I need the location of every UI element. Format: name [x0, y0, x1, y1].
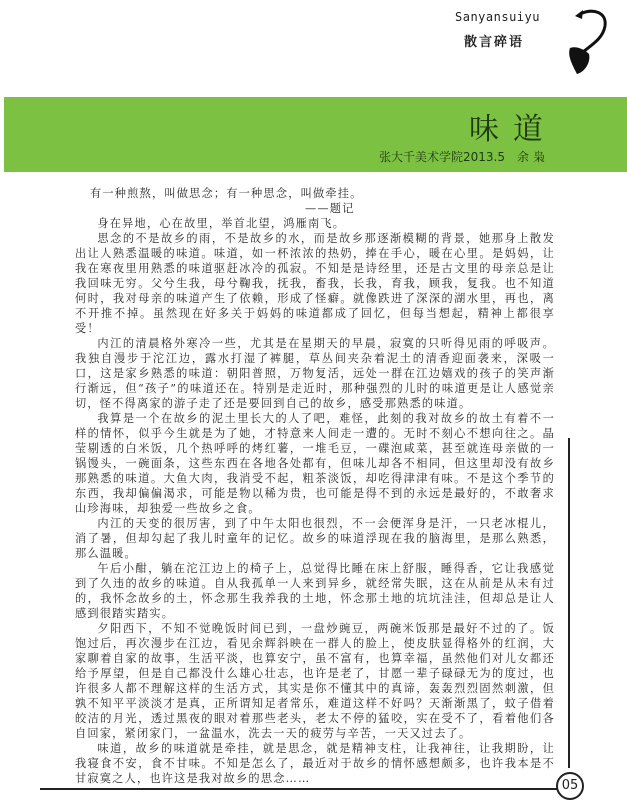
paragraph: 内江的天变的很厉害，到了中午太阳也很烈，不一会便浑身是汗，一只老冰棍儿，消了暑，…: [75, 516, 555, 561]
logo-chinese-text: 散言碎语: [464, 31, 524, 50]
epigraph-attribution: ——题记: [75, 201, 555, 216]
logo-english-text: Sanyansuiyu: [455, 10, 540, 24]
paragraph: 我算是一个在故乡的泥土里长大的人了吧，难怪，此刻的我对故乡的故土有着不一样的情怀…: [75, 411, 555, 516]
byline-organization-date: 张大千美术学院2013.5: [379, 150, 505, 164]
byline-author: 余枭: [517, 150, 549, 164]
scorpion-tail-icon: [565, 6, 620, 76]
magazine-logo: Sanyansuiyu 散言碎语: [440, 6, 620, 76]
paragraph: 内江的清晨格外寒冷一些，尤其是在星期天的早晨，寂寞的只听得见雨的呼吸声。我独自漫…: [75, 336, 555, 411]
paragraph: 夕阳西下，不知不觉晚饭时间已到，一盘炒豌豆，两碗米饭那是最好不过的了。饭饱过后，…: [75, 621, 555, 741]
paragraph: 午后小酣，躺在沱江边上的椅子上，总觉得比睡在床上舒服，睡得香，它让我感觉到了久违…: [75, 561, 555, 621]
page-number: 05: [556, 772, 584, 800]
paragraph: 味道，故乡的味道就是牵挂，就是思念，就是精神支柱，让我神往，让我期盼，让我寝食不…: [75, 741, 555, 786]
article-byline: 张大千美术学院2013.5余枭: [379, 148, 549, 165]
decorative-horizontal-rule: [40, 788, 558, 790]
title-banner: 味道 张大千美术学院2013.5余枭: [4, 97, 627, 172]
article-body: 有一种煎熬，叫做思念；有一种思念，叫做牵挂。 ——题记 身在异地，心在故里，举首…: [75, 186, 555, 786]
epigraph: 有一种煎熬，叫做思念；有一种思念，叫做牵挂。: [90, 186, 555, 201]
paragraph: 思念的不是故乡的雨，不是故乡的水，而是故乡那逐渐模糊的背景，她那身上散发出让人熟…: [75, 231, 555, 336]
decorative-vertical-rule: [568, 438, 570, 768]
article-title: 味道: [469, 104, 557, 148]
paragraph: 身在异地，心在故里，举首北望，鸿雁南飞。: [75, 216, 555, 231]
